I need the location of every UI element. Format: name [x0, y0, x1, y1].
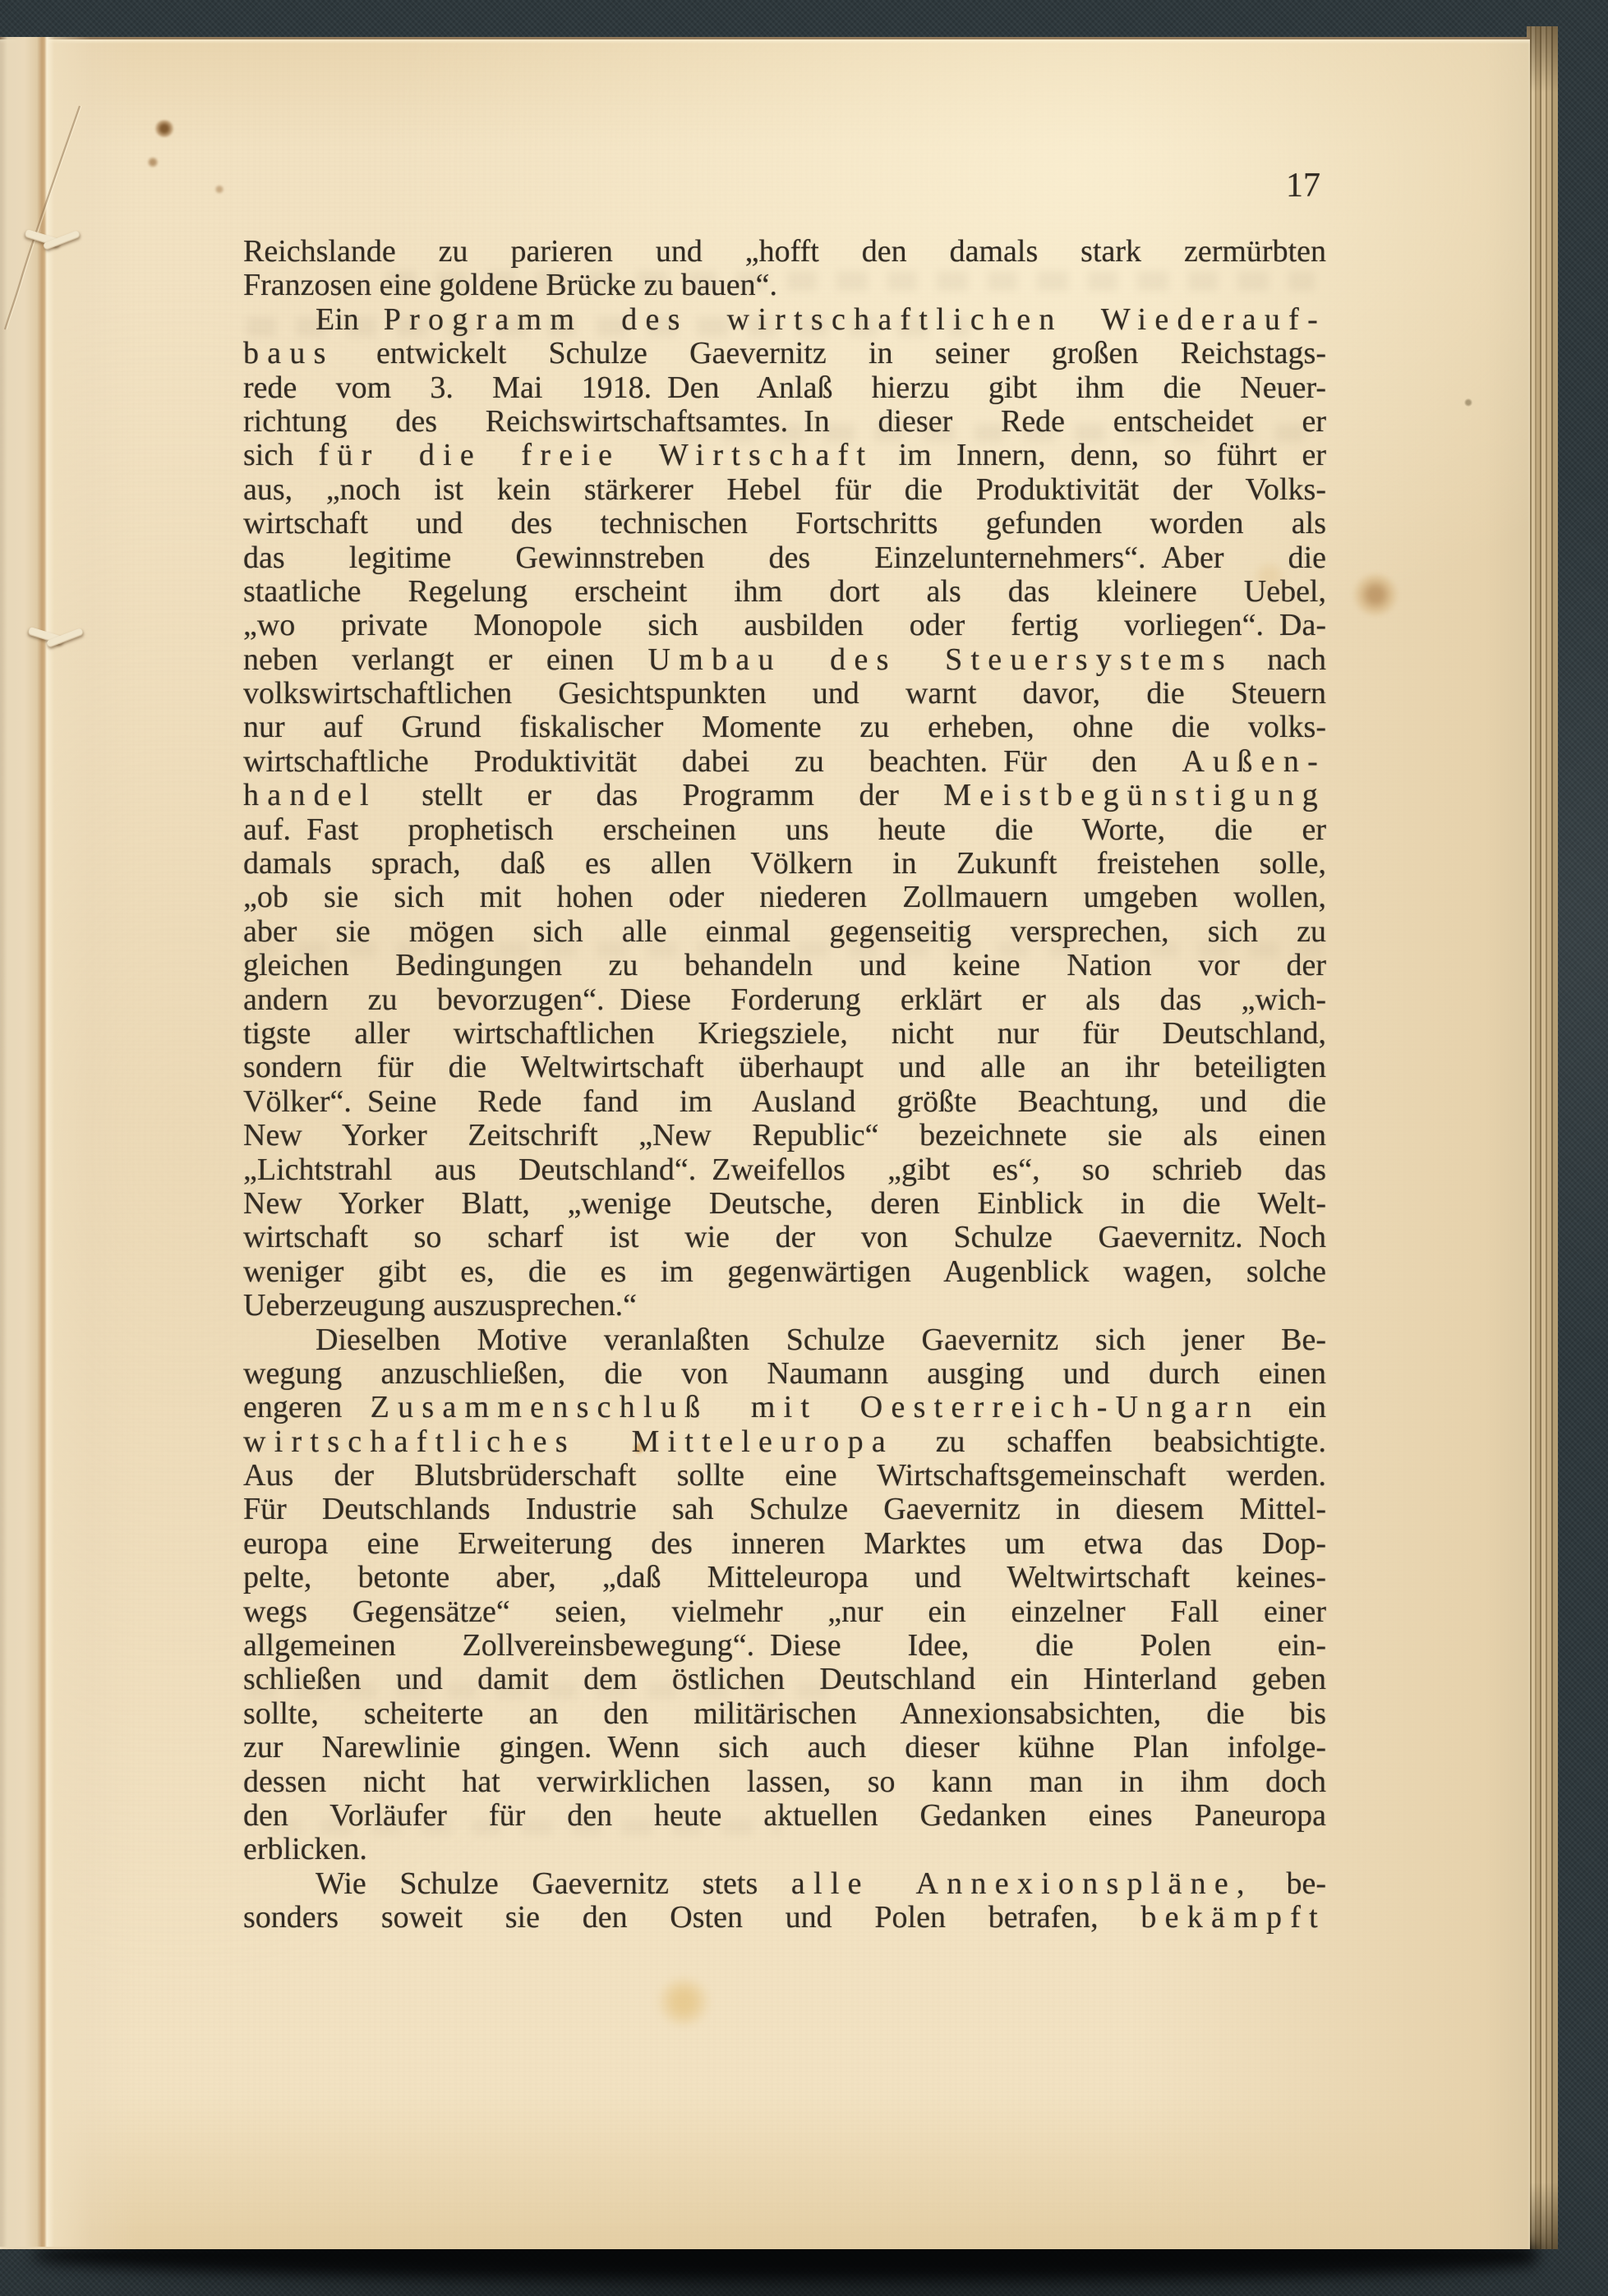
text-segment: wirtschaft und des technischen Fortschri… — [243, 506, 1326, 541]
text-segment: sonders soweit sie den Osten und Polen b… — [243, 1900, 1140, 1935]
text-segment: Für Deutschlands Industrie sah Schulze G… — [243, 1492, 1326, 1526]
text-segment: neben verlangt er einen — [243, 642, 648, 677]
text-line: tigste aller wirtschaftlichen Kriegsziel… — [243, 1017, 1326, 1051]
text-segment: engeren — [243, 1390, 371, 1424]
text-segment: allgemeinen Zollvereinsbewegung“. Diese … — [243, 1628, 1326, 1663]
text-segment: erblicken. — [243, 1832, 367, 1866]
letterspaced-text: handel — [243, 778, 377, 812]
text-segment: Aus der Blutsbrüderschaft sollte eine Wi… — [243, 1458, 1326, 1493]
letterspaced-text: Meistbegünstigung — [943, 778, 1326, 812]
text-segment: rede vom 3. Mai 1918. Den Anlaß hierzu g… — [243, 370, 1326, 405]
text-segment: volkswirtschaftlichen Gesichtspunkten un… — [243, 676, 1326, 711]
text-segment: entwickelt Schulze Gaevernitz in seiner … — [334, 336, 1326, 370]
text-line: Völker“. Seine Rede fand im Ausland größ… — [243, 1085, 1326, 1119]
text-line: dessen nicht hat verwirklichen lassen, s… — [243, 1765, 1326, 1799]
text-line: den Vorläufer für den heute aktuellen Ge… — [243, 1799, 1326, 1833]
text-line: volkswirtschaftlichen Gesichtspunkten un… — [243, 677, 1326, 711]
text-line: rede vom 3. Mai 1918. Den Anlaß hierzu g… — [243, 371, 1326, 405]
text-line: sich für die freie Wirtschaft im Innern,… — [243, 439, 1326, 472]
binding-stitch — [26, 621, 90, 659]
text-line: handel stellt er das Programm der Meistb… — [243, 779, 1326, 812]
text-segment: Franzosen eine goldene Brücke zu bauen“. — [243, 268, 777, 302]
text-segment: zu schaffen beabsichtigte. — [894, 1424, 1326, 1459]
text-line: sondern für die Weltwirtschaft überhaupt… — [243, 1051, 1326, 1084]
text-line: wirtschaftliche Produktivität dabei zu b… — [243, 745, 1326, 779]
text-segment: „Lichtstrahl aus Deutschland“. Zweifello… — [243, 1153, 1326, 1187]
book-page-edges — [1527, 26, 1558, 2249]
text-segment: „ob sie sich mit hohen oder niederen Zol… — [243, 880, 1326, 914]
text-segment: Ueberzeugung auszusprechen.“ — [243, 1288, 637, 1323]
text-line: nur auf Grund fiskalischer Momente zu er… — [243, 711, 1326, 744]
letterspaced-text: Programm des wirtschaftlichen Wiederauf- — [384, 302, 1326, 337]
text-line: Dieselben Motive veranlaßten Schulze Gae… — [243, 1323, 1326, 1357]
text-line: wegs Gegensätze“ seien, vielmehr „nur ei… — [243, 1595, 1326, 1629]
text-line: neben verlangt er einen Umbau des Steuer… — [243, 643, 1326, 677]
text-segment: wirtschaft so scharf ist wie der von Sch… — [243, 1220, 1326, 1254]
text-line: sonders soweit sie den Osten und Polen b… — [243, 1901, 1326, 1935]
letterspaced-text: Außen- — [1182, 744, 1326, 779]
text-segment: nur auf Grund fiskalischer Momente zu er… — [243, 710, 1326, 744]
text-line: andern zu bevorzugen“. Diese Forderung e… — [243, 983, 1326, 1017]
text-segment: auf. Fast prophetisch erscheinen uns heu… — [243, 812, 1326, 847]
text-segment: den Vorläufer für den heute aktuellen Ge… — [243, 1798, 1326, 1833]
letterspaced-text: für die freie Wirtschaft — [318, 438, 873, 472]
scanned-book-page-photo: 17 Reichslande zu parieren und „hofft de… — [0, 0, 1608, 2296]
text-segment: richtung des Reichswirtschaftsamtes. In … — [243, 404, 1326, 439]
text-line: Wie Schulze Gaevernitz stets alle Annexi… — [243, 1867, 1326, 1901]
letterspaced-text: bekämpft — [1140, 1900, 1326, 1935]
text-segment: dessen nicht hat verwirklichen lassen, s… — [243, 1765, 1326, 1799]
text-segment: weniger gibt es, die es im gegenwärtigen… — [243, 1254, 1326, 1289]
text-line: Ueberzeugung auszusprechen.“ — [243, 1289, 1326, 1323]
text-segment: sich — [243, 438, 318, 472]
text-line: staatliche Regelung erscheint ihm dort a… — [243, 575, 1326, 609]
text-segment: sondern für die Weltwirtschaft überhaupt… — [243, 1050, 1326, 1084]
text-segment: europa eine Erweiterung des inneren Mark… — [243, 1526, 1326, 1561]
text-segment: wegs Gegensätze“ seien, vielmehr „nur ei… — [243, 1594, 1326, 1629]
text-segment: stellt er das Programm der — [377, 778, 943, 812]
text-line: gleichen Bedingungen zu behandeln und ke… — [243, 949, 1326, 982]
text-line: damals sprach, daß es allen Völkern in Z… — [243, 847, 1326, 881]
text-line: New Yorker Zeitschrift „New Republic“ be… — [243, 1119, 1326, 1153]
text-segment: gleichen Bedingungen zu behandeln und ke… — [243, 948, 1326, 982]
text-line: baus entwickelt Schulze Gaevernitz in se… — [243, 337, 1326, 370]
text-line: aber sie mögen sich alle einmal gegensei… — [243, 915, 1326, 949]
text-segment: andern zu bevorzugen“. Diese Forderung e… — [243, 982, 1326, 1017]
text-line: engeren Zusammenschluß mit Oesterreich-U… — [243, 1391, 1326, 1424]
text-line: auf. Fast prophetisch erscheinen uns heu… — [243, 813, 1326, 847]
text-line: allgemeinen Zollvereinsbewegung“. Diese … — [243, 1629, 1326, 1663]
text-segment: Ein — [316, 302, 384, 337]
text-line: „ob sie sich mit hohen oder niederen Zol… — [243, 881, 1326, 914]
text-line: „wo private Monopole sich ausbilden oder… — [243, 609, 1326, 642]
text-line: Für Deutschlands Industrie sah Schulze G… — [243, 1493, 1326, 1526]
text-segment: sollte, scheiterte an den militärischen … — [243, 1696, 1326, 1731]
letterspaced-text: baus — [243, 336, 334, 370]
text-segment: zur Narewlinie gingen. Wenn sich auch di… — [243, 1730, 1326, 1765]
text-line: wegung anzuschließen, die von Naumann au… — [243, 1357, 1326, 1391]
text-line: wirtschaftliches Mitteleuropa zu schaffe… — [243, 1425, 1326, 1459]
text-segment: staatliche Regelung erscheint ihm dort a… — [243, 574, 1326, 609]
text-line: Franzosen eine goldene Brücke zu bauen“. — [243, 269, 1326, 302]
letterspaced-text: Zusammenschluß mit Oesterreich-Ungarn — [371, 1390, 1260, 1424]
text-segment: im Innern, denn, so führt er — [873, 438, 1326, 472]
text-line: „Lichtstrahl aus Deutschland“. Zweifello… — [243, 1153, 1326, 1187]
text-segment: Dieselben Motive veranlaßten Schulze Gae… — [316, 1323, 1326, 1357]
text-segment: New Yorker Blatt, „wenige Deutsche, dere… — [243, 1186, 1326, 1221]
text-segment: ein — [1260, 1390, 1326, 1424]
letterspaced-text: wirtschaftliches Mitteleuropa — [243, 1424, 894, 1459]
text-segment: be- — [1253, 1866, 1326, 1901]
text-line: Reichslande zu parieren und „hofft den d… — [243, 235, 1326, 269]
text-segment: das legitime Gewinnstreben des Einzelunt… — [243, 541, 1326, 575]
text-segment: damals sprach, daß es allen Völkern in Z… — [243, 846, 1326, 881]
text-line: wirtschaft so scharf ist wie der von Sch… — [243, 1221, 1326, 1254]
letterspaced-text: alle Annexionspläne, — [791, 1866, 1253, 1901]
text-line: schließen und damit dem östlichen Deutsc… — [243, 1663, 1326, 1696]
text-line: sollte, scheiterte an den militärischen … — [243, 1697, 1326, 1731]
text-segment: Reichslande zu parieren und „hofft den d… — [243, 234, 1326, 269]
text-segment: tigste aller wirtschaftlichen Kriegsziel… — [243, 1016, 1326, 1051]
text-line: europa eine Erweiterung des inneren Mark… — [243, 1527, 1326, 1561]
text-segment: wirtschaftliche Produktivität dabei zu b… — [243, 744, 1182, 779]
text-line: das legitime Gewinnstreben des Einzelunt… — [243, 541, 1326, 575]
text-segment: nach — [1233, 642, 1326, 677]
text-segment: schließen und damit dem östlichen Deutsc… — [243, 1662, 1326, 1696]
text-line: weniger gibt es, die es im gegenwärtigen… — [243, 1255, 1326, 1289]
text-line: aus, „noch ist kein stärkerer Hebel für … — [243, 473, 1326, 507]
letterspaced-text: Umbau des Steuersystems — [648, 642, 1233, 677]
text-segment: wegung anzuschließen, die von Naumann au… — [243, 1356, 1326, 1391]
text-line: pelte, betonte aber, „daß Mitteleuropa u… — [243, 1561, 1326, 1594]
body-text: Reichslande zu parieren und „hofft den d… — [243, 235, 1326, 1935]
text-segment: aus, „noch ist kein stärkerer Hebel für … — [243, 472, 1326, 507]
binding-gutter — [0, 37, 90, 2247]
binding-stitch — [23, 223, 87, 261]
page-number: 17 — [1269, 166, 1338, 205]
text-line: wirtschaft und des technischen Fortschri… — [243, 507, 1326, 541]
text-segment: „wo private Monopole sich ausbilden oder… — [243, 608, 1326, 642]
text-line: richtung des Reichswirtschaftsamtes. In … — [243, 405, 1326, 439]
text-line: Aus der Blutsbrüderschaft sollte eine Wi… — [243, 1459, 1326, 1493]
text-line: New Yorker Blatt, „wenige Deutsche, dere… — [243, 1187, 1326, 1221]
text-line: zur Narewlinie gingen. Wenn sich auch di… — [243, 1731, 1326, 1765]
text-segment: New Yorker Zeitschrift „New Republic“ be… — [243, 1118, 1326, 1153]
text-segment: Wie Schulze Gaevernitz stets — [316, 1866, 791, 1901]
text-line: Ein Programm des wirtschaftlichen Wieder… — [243, 303, 1326, 337]
text-segment: aber sie mögen sich alle einmal gegensei… — [243, 914, 1326, 949]
text-segment: pelte, betonte aber, „daß Mitteleuropa u… — [243, 1560, 1326, 1594]
text-segment: Völker“. Seine Rede fand im Ausland größ… — [243, 1084, 1326, 1119]
text-line: erblicken. — [243, 1833, 1326, 1866]
